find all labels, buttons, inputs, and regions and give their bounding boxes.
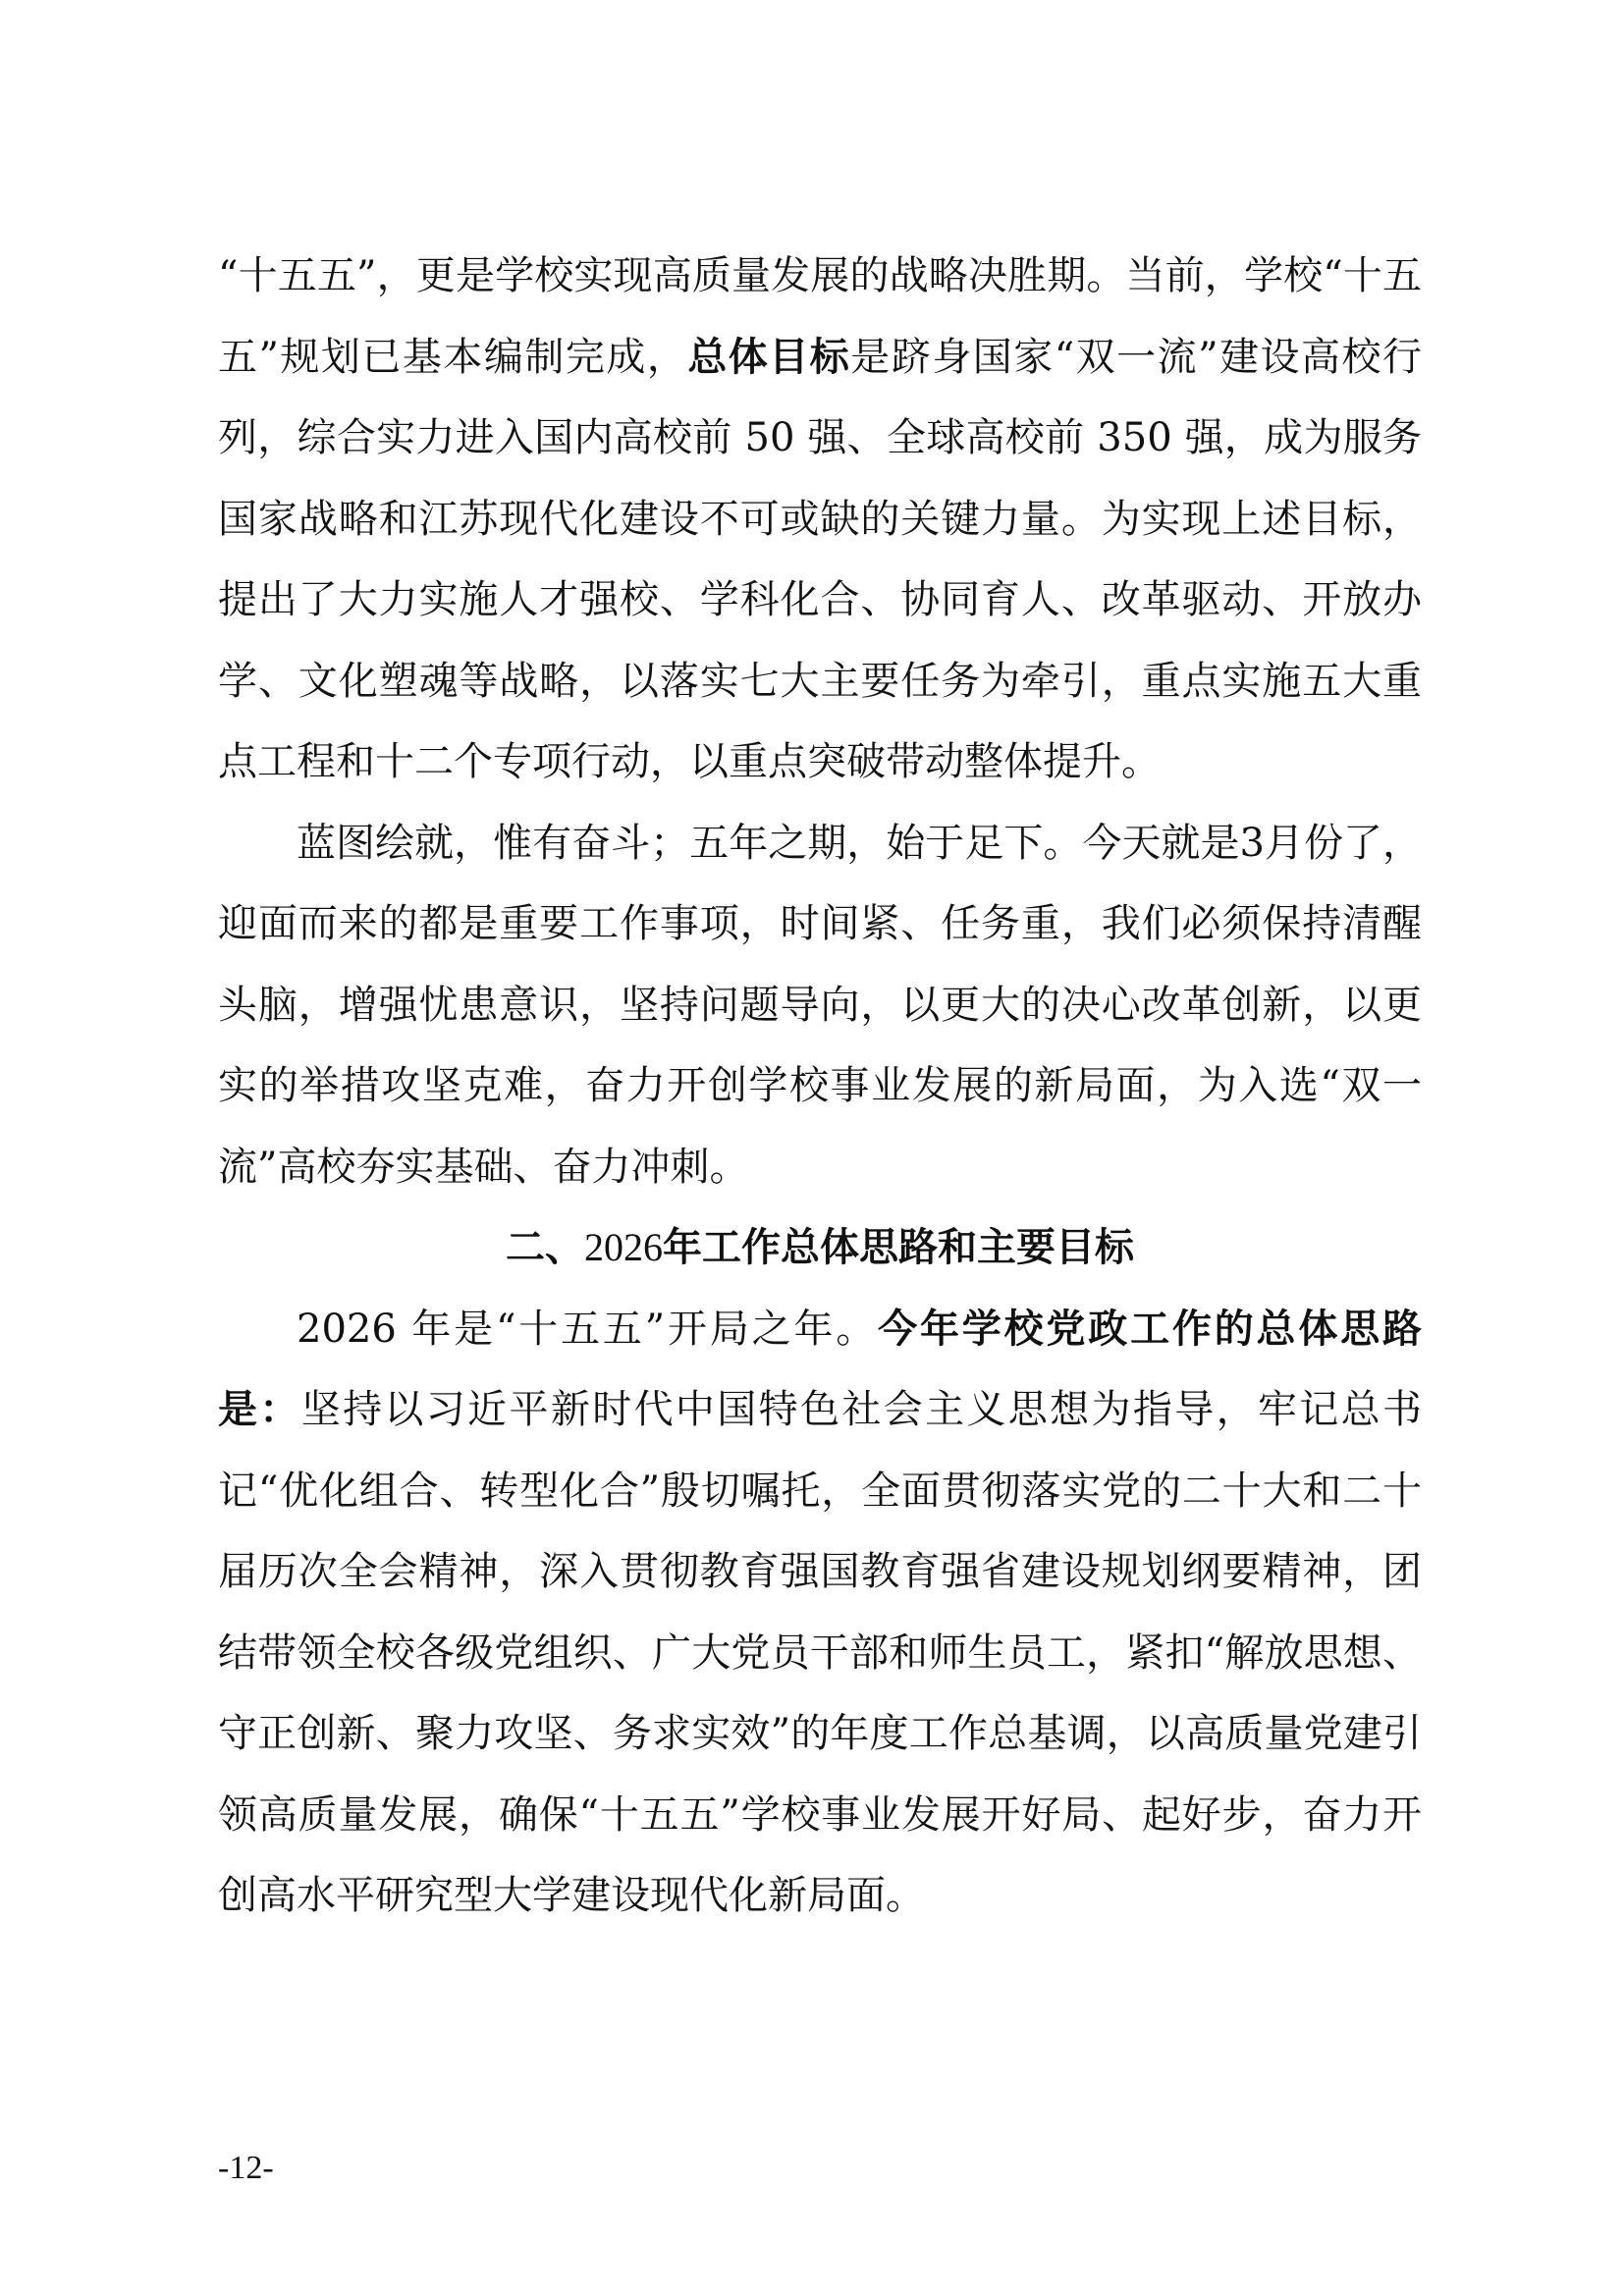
paragraph-blueprint: 蓝图绘就，惟有奋斗；五年之期，始于足下。今天就是3月份了，迎面而来的都是重要工作…	[218, 803, 1422, 1208]
paragraph-text: 蓝图绘就，惟有奋斗；五年之期，始于足下。今天就是3月份了，迎面而来的都是重要工作…	[218, 821, 1422, 1190]
heading-prefix: 二、	[506, 1225, 584, 1270]
paragraph-text: 坚持以习近平新时代中国特色社会主义思想为指导，牢记总书记“优化组合、转型化合”殷…	[218, 1387, 1422, 1918]
paragraph-strategy: “十五五”，更是学校实现高质量发展的战略决胜期。当前，学校“十五五”规划已基本编…	[218, 236, 1422, 803]
heading-year: 2026	[584, 1225, 663, 1269]
paragraph-text: 2026 年是“十五五”开局之年。	[297, 1307, 878, 1352]
paragraph-overall-approach: 2026 年是“十五五”开局之年。今年学校党政工作的总体思路是：坚持以习近平新时…	[218, 1289, 1422, 1937]
document-body: “十五五”，更是学校实现高质量发展的战略决胜期。当前，学校“十五五”规划已基本编…	[218, 236, 1422, 1937]
heading-title: 年工作总体思路和主要目标	[663, 1225, 1134, 1270]
bold-term-overall-goal: 总体目标	[687, 335, 850, 380]
section-heading: 二、2026年工作总体思路和主要目标	[218, 1207, 1422, 1289]
paragraph-text: 是跻身国家“双一流”建设高校行列，综合实力进入国内高校前 50 强、全球高校前 …	[218, 335, 1422, 785]
document-page: “十五五”，更是学校实现高质量发展的战略决胜期。当前，学校“十五五”规划已基本编…	[0, 0, 1624, 2296]
page-number: -12-	[218, 2150, 274, 2187]
